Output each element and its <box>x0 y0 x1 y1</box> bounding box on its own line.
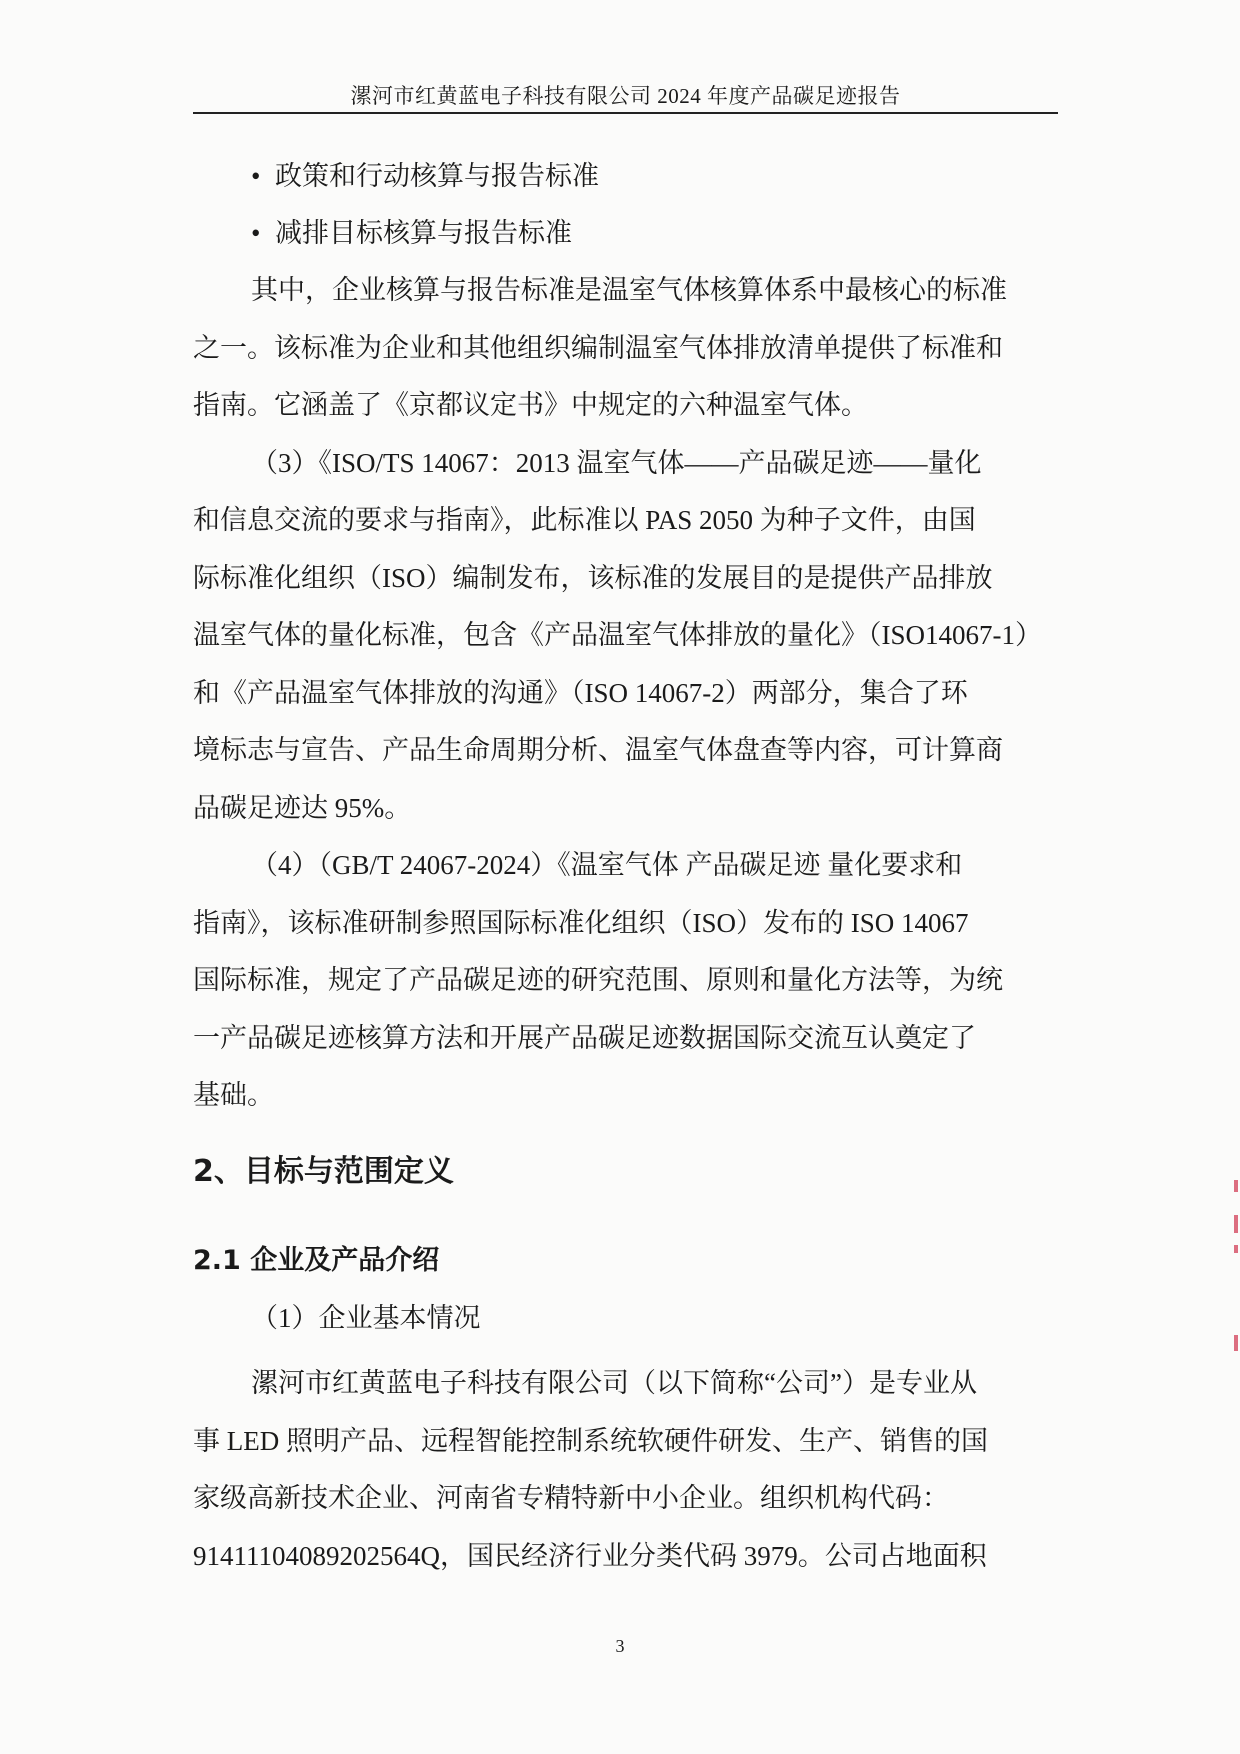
header-rule <box>193 112 1058 114</box>
body-content: • 政策和行动核算与报告标准 • 减排目标核算与报告标准 其中，企业核算与报告标… <box>193 148 1058 1125</box>
paragraph-gbt24067: （4）（GB/T 24067-2024）《温室气体 产品碳足迹 量化要求和 指南… <box>193 837 1058 1125</box>
subsection-heading: 2.1 企业及产品介绍 <box>193 1238 439 1277</box>
section-heading: 2、目标与范围定义 <box>193 1146 454 1190</box>
bullet-text: 减排目标核算与报告标准 <box>275 218 572 248</box>
paragraph-iso14067: （3）《ISO/TS 14067：2013 温室气体——产品碳足迹——量化 和信… <box>193 435 1058 838</box>
seal-edge-mark <box>1234 1335 1238 1351</box>
bullet-icon: • <box>251 205 273 262</box>
paragraph-company-intro: 漯河市红黄蓝电子科技有限公司（以下简称“公司”）是专业从 事 LED 照明产品、… <box>193 1355 1058 1585</box>
bullet-item: • 政策和行动核算与报告标准 <box>193 148 1058 205</box>
seal-edge-mark <box>1234 1180 1238 1192</box>
list-item-heading: （1）企业基本情况 <box>251 1296 481 1335</box>
bullet-text: 政策和行动核算与报告标准 <box>275 161 599 191</box>
seal-edge-mark <box>1234 1215 1238 1233</box>
bullet-item: • 减排目标核算与报告标准 <box>193 205 1058 262</box>
bullet-icon: • <box>251 148 273 205</box>
page-number: 3 <box>0 1636 1240 1657</box>
running-header: 漯河市红黄蓝电子科技有限公司 2024 年度产品碳足迹报告 <box>193 80 1058 110</box>
paragraph-enterprise-standard: 其中，企业核算与报告标准是温室气体核算体系中最核心的标准 之一。该标准为企业和其… <box>193 262 1058 435</box>
seal-edge-mark <box>1234 1245 1238 1253</box>
